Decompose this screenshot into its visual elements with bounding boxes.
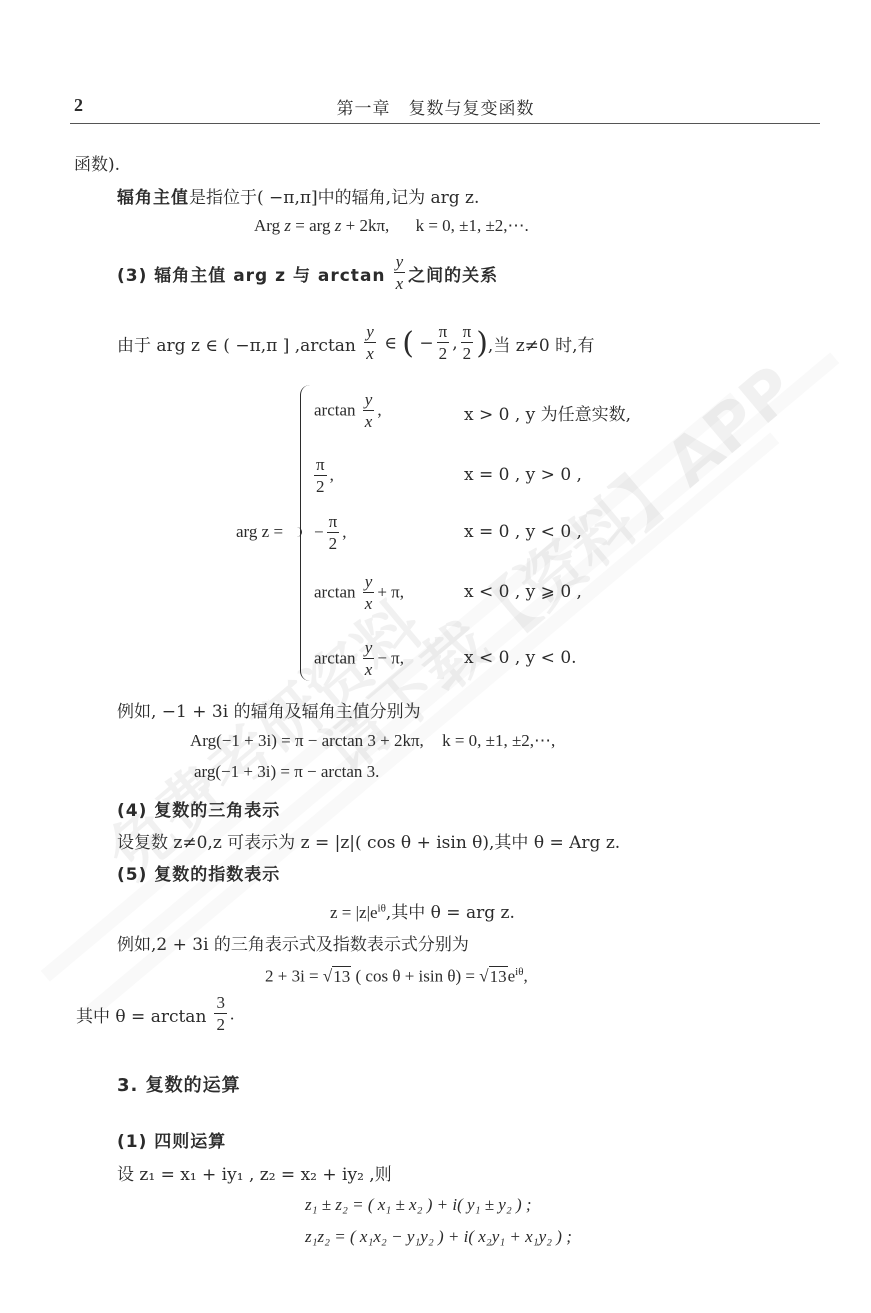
example-1-arg-formula: Arg(−1 + 3i) = π − arctan 3 + 2kπ, — [190, 731, 424, 750]
heading-suffix: 之间的关系 — [408, 266, 498, 286]
definition-text: 是指位于( −π,π]中的辐角,记为 arg z. — [189, 188, 479, 208]
range-mid: ∈ — [384, 334, 397, 354]
exp-formula: z = |z|e — [330, 903, 378, 922]
formula-part: + 2kπ, — [346, 216, 390, 235]
case-1-cond: x > 0 , y 为任意实数, — [464, 400, 631, 425]
case-5-expr: arctan yx− π, — [314, 638, 404, 681]
example-1-principal: arg(−1 + 3i) = π − arctan 3. — [194, 762, 379, 782]
section-4-heading: (4) 复数的三角表示 — [117, 796, 280, 821]
range-suffix: ,当 z≠0 时,有 — [488, 336, 595, 356]
piecewise-lhs: arg z = — [236, 522, 283, 542]
k-values: k = 0, ±1, ±2,⋯. — [416, 216, 529, 235]
fraction-denominator: 2 — [214, 1014, 227, 1036]
section-5-heading: (5) 复数的指数表示 — [117, 860, 280, 885]
subsection-1-heading: (1) 四则运算 — [117, 1127, 226, 1152]
chapter-title: 第一章 复数与复变函数 — [0, 94, 871, 119]
formula-part: , — [523, 967, 527, 986]
case-2-cond: x = 0 , y > 0 , — [464, 465, 582, 485]
subsection-1-setup: 设 z₁ = x₁ + iy₁ , z₂ = x₂ + iy₂ ,则 — [117, 1160, 392, 1185]
range-statement: 由于 arg z ∈ ( −π,π ] ,arctan yx ∈ ( −π2,π… — [117, 322, 595, 365]
case-1-expr: arctan yx, — [314, 390, 382, 433]
formula-multiplication: z₁z₂ = ( x₁x₂ − y₁y₂ ) + i( x₂y₁ + x₁y₂ … — [305, 1227, 572, 1247]
exp-superscript: iθ — [378, 902, 386, 914]
theta-definition: 其中 θ = arctan 32. — [76, 993, 234, 1036]
formula-part: 2 + 3i = — [265, 967, 319, 986]
sqrt-13: 13 — [489, 966, 508, 986]
formula-part: = arg — [295, 216, 330, 235]
range-prefix: 由于 arg z ∈ ( −π,π ] ,arctan — [117, 336, 356, 356]
theta-prefix: 其中 θ = arctan — [76, 1007, 206, 1027]
heading-text: (3) 辐角主值 arg z 与 arctan — [117, 266, 386, 286]
formula-part: Arg — [254, 216, 280, 235]
principal-value-definition: 辐角主值是指位于( −π,π]中的辐角,记为 arg z. — [117, 183, 479, 208]
section-operations-heading: 3. 复数的运算 — [117, 1071, 241, 1097]
example-1-intro: 例如, −1 + 3i 的辐角及辐角主值分别为 — [117, 697, 421, 722]
case-2-expr: π2, — [314, 455, 334, 498]
fraction-numerator: 3 — [214, 993, 227, 1014]
term-principal-value: 辐角主值 — [117, 188, 189, 208]
exp-tail: ,其中 θ = arg z. — [386, 903, 515, 923]
example-2-intro: 例如,2 + 3i 的三角表示式及指数表示式分别为 — [117, 930, 469, 955]
case-4-cond: x < 0 , y ⩾ 0 , — [464, 582, 582, 602]
case-5-cond: x < 0 , y < 0. — [464, 648, 577, 668]
formula-addition: z₁ ± z₂ = ( x₁ ± x₂ ) + i( y₁ ± y₂ ) ; — [305, 1195, 532, 1215]
section-4-text: 设复数 z≠0,z 可表示为 z = |z|( cos θ + isin θ),… — [117, 828, 620, 853]
theta-suffix: . — [230, 1005, 234, 1024]
case-4-expr: arctan yx+ π, — [314, 572, 404, 615]
section-3-heading: (3) 辐角主值 arg z 与 arctan yx之间的关系 — [117, 252, 498, 295]
case-3-expr: −π2, — [314, 512, 346, 555]
example-2-formula: 2 + 3i = √13 ( cos θ + isin θ) = √13eiθ, — [265, 966, 528, 987]
formula-part: ( cos θ + isin θ) = — [356, 967, 476, 986]
case-3-cond: x = 0 , y < 0 , — [464, 522, 582, 542]
sqrt-13: 13 — [332, 966, 351, 986]
continuation-text: 函数). — [74, 150, 120, 175]
watermark-stripe — [41, 392, 739, 981]
exponential-form: z = |z|eiθ,其中 θ = arg z. — [330, 898, 515, 923]
arg-formula: Arg z = arg z + 2kπ, k = 0, ±1, ±2,⋯. — [254, 216, 529, 236]
watermark-stripe — [141, 352, 839, 941]
example-1-arg: Arg(−1 + 3i) = π − arctan 3 + 2kπ, k = 0… — [190, 731, 555, 751]
header-rule — [70, 123, 820, 124]
example-1-k-values: k = 0, ±1, ±2,⋯, — [442, 731, 555, 750]
